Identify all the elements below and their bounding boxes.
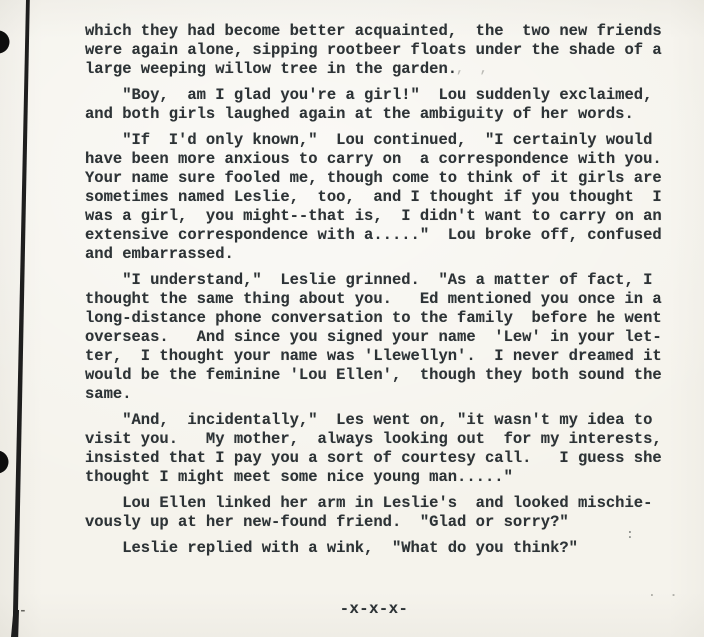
paragraph-5: "And, incidentally," Les went on, "it wa…	[85, 411, 663, 487]
paragraph-1: which they had become better acquainted,…	[85, 22, 663, 79]
hole-punch-bottom-icon	[0, 451, 9, 474]
paragraph-6: Lou Ellen linked her arm in Leslie's and…	[85, 494, 663, 532]
end-of-story-mark: -x-x-x-	[85, 600, 663, 619]
scanned-typewritten-page: which they had become better acquainted,…	[0, 0, 704, 637]
paragraph-2: "Boy, am I glad you're a girl!" Lou sudd…	[85, 86, 663, 124]
page-edge-line-foot	[11, 610, 19, 637]
typewritten-text-block: which they had become better acquainted,…	[85, 22, 663, 622]
page-edge-line	[13, 0, 30, 637]
paragraph-7: Leslie replied with a wink, "What do you…	[85, 539, 663, 558]
paragraph-4: "I understand," Leslie grinned. "As a ma…	[85, 271, 663, 404]
paragraph-3: "If I'd only known," Lou continued, "I c…	[85, 131, 663, 264]
hole-punch-top-icon	[0, 31, 10, 54]
